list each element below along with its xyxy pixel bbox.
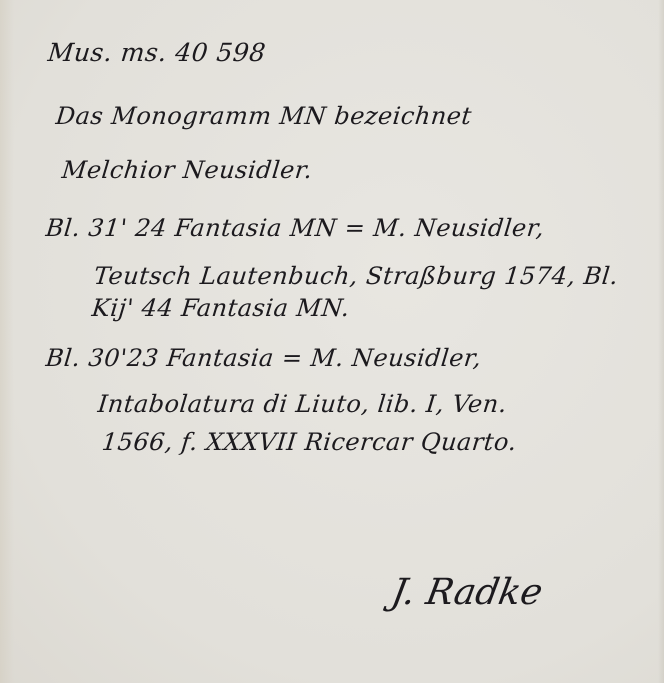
document-page: Mus. ms. 40 598 Das Monogramm MN bezeich… <box>0 0 664 683</box>
paragraph-2-line-2: Teutsch Lautenbuch, Straßburg 1574, Bl. <box>93 262 620 290</box>
paragraph-3-line-3: 1566, f. XXXVII Ricercar Quarto. <box>101 428 519 456</box>
paragraph-2-line-3: Kij' 44 Fantasia MN. <box>91 294 352 322</box>
paragraph-3-line-2: Intabolatura di Liuto, lib. I, Ven. <box>97 390 509 418</box>
paragraph-3-line-1: Bl. 30'23 Fantasia = M. Neusidler, <box>45 344 483 372</box>
paragraph-2-line-1: Bl. 31' 24 Fantasia MN = M. Neusidler, <box>45 214 546 242</box>
paragraph-1-line-2: Melchior Neusidler. <box>61 156 314 184</box>
signature: J. Radke <box>388 572 545 613</box>
shelfmark: Mus. ms. 40 598 <box>46 38 267 67</box>
paragraph-1-line-1: Das Monogramm MN bezeichnet <box>55 102 474 130</box>
